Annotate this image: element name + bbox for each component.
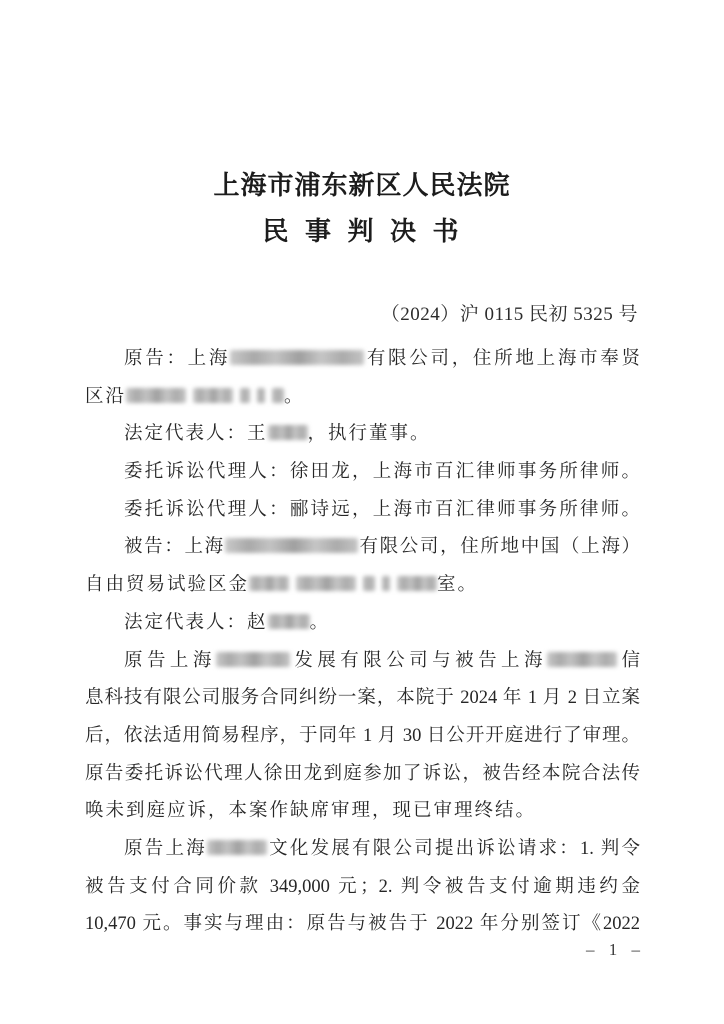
redacted-text [296, 576, 356, 591]
text-line: 被告：上海有限公司，住所地中国（上海） [85, 529, 640, 567]
redacted-text [268, 425, 308, 440]
line-text: 发展有限公司与被告上海 [290, 651, 547, 671]
redacted-text [216, 652, 290, 667]
text-line: 后，依法适用简易程序，于同年 1 月 30 日公开开庭进行了审理。 [85, 718, 640, 756]
line-text: 法定代表人：王 [124, 424, 268, 444]
text-line: 委托诉讼代理人：徐田龙，上海市百汇律师事务所律师。 [85, 454, 640, 492]
line-text: 原告上海 [124, 651, 216, 671]
redacted-text [272, 388, 284, 403]
line-text: 被告：上海 [124, 537, 225, 557]
redacted-text [268, 614, 310, 629]
line-text: 原告：上海 [124, 349, 230, 369]
text-line: 法定代表人：王，执行董事。 [85, 416, 640, 454]
line-text: 息科技有限公司服务合同纠纷一案，本院于 2024 年 1 月 2 日立案 [85, 688, 640, 708]
redacted-text [397, 576, 437, 591]
redacted-text [126, 388, 186, 403]
line-text: 唤未到庭应诉，本案作缺席审理，现已审理终结。 [85, 801, 536, 821]
redacted-text [225, 538, 358, 553]
line-text: 法定代表人：赵 [124, 613, 268, 633]
case-number: （2024）沪 0115 民初 5325 号 [381, 299, 638, 326]
line-text: 文化发展有限公司提出诉讼请求：1. 判令 [267, 839, 640, 859]
line-text: 被告支付合同价款 349,000 元；2. 判令被告支付逾期违约金 [85, 877, 640, 897]
line-text: 委托诉讼代理人：郦诗远，上海市百汇律师事务所律师。 [124, 500, 640, 520]
text-line: 唤未到庭应诉，本案作缺席审理，现已审理终结。 [85, 793, 640, 831]
text-line: 息科技有限公司服务合同纠纷一案，本院于 2024 年 1 月 2 日立案 [85, 680, 640, 718]
line-text: 。 [284, 387, 305, 407]
line-text: 区沿 [85, 387, 126, 407]
line-text: 。 [310, 613, 331, 633]
court-title: 上海市浦东新区人民法院 [0, 165, 724, 202]
text-line: 区沿。 [85, 379, 640, 417]
text-line: 原告委托诉讼代理人徐田龙到庭参加了诉讼，被告经本院合法传 [85, 756, 640, 794]
line-text: 有限公司，住所地中国（上海） [358, 537, 640, 557]
text-line: 法定代表人：赵。 [85, 605, 640, 643]
redacted-text [230, 350, 364, 365]
redacted-text [240, 388, 250, 403]
document-body: 原告：上海有限公司，住所地上海市奉贤区沿。法定代表人：王，执行董事。委托诉讼代理… [85, 341, 640, 944]
redacted-text [193, 388, 233, 403]
redacted-text [249, 576, 289, 591]
text-line: 原告：上海有限公司，住所地上海市奉贤 [85, 341, 640, 379]
page-number: – 1 – [586, 940, 645, 960]
line-text: 自由贸易试验区金 [85, 575, 249, 595]
redacted-text [207, 840, 267, 855]
redacted-text [257, 388, 265, 403]
line-text: 原告上海 [124, 839, 207, 859]
line-text: 委托诉讼代理人：徐田龙，上海市百汇律师事务所律师。 [124, 462, 640, 482]
text-line: 委托诉讼代理人：郦诗远，上海市百汇律师事务所律师。 [85, 492, 640, 530]
line-text: 原告委托诉讼代理人徐田龙到庭参加了诉讼，被告经本院合法传 [85, 764, 640, 784]
redacted-text [363, 576, 375, 591]
line-text: ，执行董事。 [308, 424, 431, 444]
redacted-text [382, 576, 390, 591]
text-line: 被告支付合同价款 349,000 元；2. 判令被告支付逾期违约金 [85, 869, 640, 907]
line-text: 有限公司，住所地上海市奉贤 [364, 349, 640, 369]
redacted-text [547, 652, 617, 667]
text-line: 原告上海文化发展有限公司提出诉讼请求：1. 判令 [85, 831, 640, 869]
text-line: 原告上海发展有限公司与被告上海信 [85, 643, 640, 681]
judgment-document-page: 上海市浦东新区人民法院 民 事 判 决 书 （2024）沪 0115 民初 53… [0, 0, 724, 1024]
line-text: 后，依法适用简易程序，于同年 1 月 30 日公开开庭进行了审理。 [85, 726, 640, 746]
line-text: 室。 [437, 575, 478, 595]
text-line: 自由贸易试验区金室。 [85, 567, 640, 605]
text-line: 10,470 元。事实与理由：原告与被告于 2022 年分别签订《2022 [85, 906, 640, 944]
document-type-title: 民 事 判 决 书 [0, 211, 724, 248]
line-text: 10,470 元。事实与理由：原告与被告于 2022 年分别签订《2022 [85, 914, 640, 934]
line-text: 信 [617, 651, 640, 671]
